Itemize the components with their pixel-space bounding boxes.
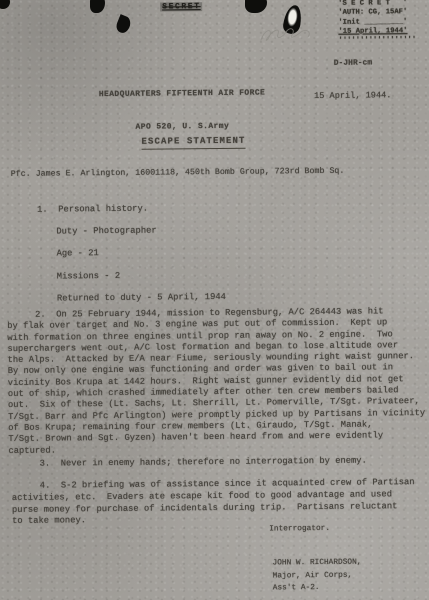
personal-history-item: Duty - Photographer	[56, 225, 225, 249]
stamp-line: ''''''''''''''''''	[338, 36, 416, 46]
date-line: 15 April, 1944.	[314, 90, 391, 101]
reference-code: D-JHR-cm	[334, 58, 372, 67]
letterhead-line2: APO 520, U. S.Army	[0, 120, 366, 135]
subject-line: Pfc. James E. Arlington, 16001118, 450th…	[11, 167, 345, 179]
document-title: ESCAPE STATEMENT	[141, 136, 245, 149]
signature-block: JOHN W. RICHARDSON,Major, Air Corps,Ass'…	[272, 557, 361, 596]
document-content: SECRET 'S E C R E T ''AUTH: CG, 15AF''In…	[0, 0, 429, 600]
stamp-line: 'AUTH: CG, 15AF'	[338, 8, 416, 18]
section1-heading: 1. Personal history.	[37, 204, 148, 215]
paragraph-line: to take money.	[12, 512, 426, 528]
paragraph-4: 4. S-2 briefing was of assistance since …	[12, 477, 426, 528]
classification-struck-text: SECRET	[160, 2, 202, 11]
closing-word: Interrogator.	[269, 525, 330, 534]
section1-items: Duty - PhotographerAge - 21Missions - 2R…	[56, 225, 226, 316]
document-page: SECRET 'S E C R E T ''AUTH: CG, 15AF''In…	[0, 0, 429, 600]
signature-line: Major, Air Corps,	[273, 569, 362, 582]
personal-history-item: Age - 21	[57, 247, 226, 271]
letterhead-line1: HEADQUARTERS FIFTEENTH AIR FORCE	[0, 87, 366, 102]
signature-line: JOHN W. RICHARDSON,	[272, 557, 361, 570]
secrecy-stamp: 'S E C R E T ''AUTH: CG, 15AF''Init ____…	[338, 0, 416, 46]
signature-line: Ass't A-2.	[273, 582, 362, 595]
personal-history-item: Missions - 2	[57, 270, 226, 294]
paragraph-3: 3. Never in enemy hands; therefore no in…	[12, 456, 367, 469]
paragraph-2: 2. On 25 February 1944, mission to Regen…	[7, 306, 429, 457]
